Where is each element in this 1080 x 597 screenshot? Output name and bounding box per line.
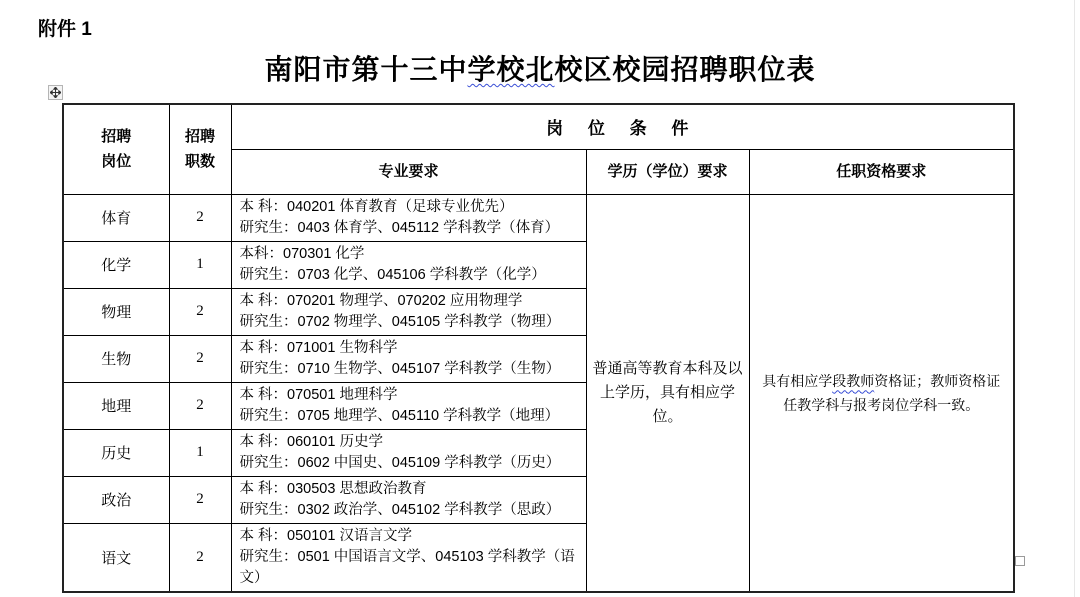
cell-post: 物理: [63, 288, 169, 335]
cell-count: 2: [169, 335, 231, 382]
header-post-line1: 招聘: [64, 124, 169, 149]
major-line2: 研究生：0602 中国史、045109 学科教学（历史）: [240, 453, 578, 474]
title-text-post: 校区校园招聘职位表: [555, 54, 816, 85]
major-line1: 本 科：071001 生物科学: [240, 338, 578, 359]
table-move-handle-icon[interactable]: [48, 85, 63, 100]
move-arrows-icon: [50, 87, 61, 98]
header-count: 招聘 职数: [169, 104, 231, 194]
major-line2: 研究生：0403 体育学、045112 学科教学（体育）: [240, 218, 578, 239]
cell-post: 政治: [63, 476, 169, 523]
cell-count: 2: [169, 476, 231, 523]
cell-qualification-merged: 具有相应学段教师资格证；教师资格证任教学科与报考岗位学科一致。: [749, 194, 1014, 592]
cell-post: 语文: [63, 523, 169, 592]
major-line2: 研究生：0501 中国语言文学、045103 学科教学（语文）: [240, 547, 578, 589]
major-line1: 本 科：070501 地理科学: [240, 385, 578, 406]
recruitment-table: 招聘 岗位 招聘 职数 岗 位 条 件 专业要求 学历（学位）要求 任职资格要求…: [62, 103, 1015, 593]
cell-major: 本 科：030503 思想政治教育 研究生：0302 政治学、045102 学科…: [231, 476, 586, 523]
cell-degree-merged: 普通高等教育本科及以上学历，具有相应学位。: [586, 194, 749, 592]
document-page: 附件 1 南阳市第十三中学校北校区校园招聘职位表 招聘 岗位: [0, 0, 1080, 597]
cell-major: 本 科：050101 汉语言文学 研究生：0501 中国语言文学、045103 …: [231, 523, 586, 592]
cell-major: 本 科：040201 体育教育（足球专业优先） 研究生：0403 体育学、045…: [231, 194, 586, 241]
cell-major: 本 科：070201 物理学、070202 应用物理学 研究生：0702 物理学…: [231, 288, 586, 335]
title-text-spellcheck: 学校北: [467, 54, 554, 85]
cell-post: 化学: [63, 241, 169, 288]
cell-count: 2: [169, 523, 231, 592]
cell-count: 1: [169, 429, 231, 476]
header-qualification: 任职资格要求: [749, 149, 1014, 194]
major-line1: 本 科：070201 物理学、070202 应用物理学: [240, 291, 578, 312]
cell-major: 本 科：060101 历史学 研究生：0602 中国史、045109 学科教学（…: [231, 429, 586, 476]
qualification-pre: 具有相应学: [762, 373, 832, 389]
table-row: 体育 2 本 科：040201 体育教育（足球专业优先） 研究生：0403 体育…: [63, 194, 1014, 241]
cell-post: 历史: [63, 429, 169, 476]
cell-count: 2: [169, 288, 231, 335]
major-line2: 研究生：0703 化学、045106 学科教学（化学）: [240, 265, 578, 286]
major-line1: 本 科：030503 思想政治教育: [240, 479, 578, 500]
major-line2: 研究生：0702 物理学、045105 学科教学（物理）: [240, 312, 578, 333]
major-line2: 研究生：0302 政治学、045102 学科教学（思政）: [240, 500, 578, 521]
qualification-spellcheck: 段教师: [832, 373, 874, 389]
cell-post: 生物: [63, 335, 169, 382]
cell-count: 1: [169, 241, 231, 288]
header-post: 招聘 岗位: [63, 104, 169, 194]
header-conditions: 岗 位 条 件: [231, 104, 1014, 149]
table-header-row-1: 招聘 岗位 招聘 职数 岗 位 条 件: [63, 104, 1014, 149]
cell-count: 2: [169, 382, 231, 429]
title-text-pre: 南阳市第十三中: [264, 54, 467, 85]
cell-post: 地理: [63, 382, 169, 429]
header-count-line1: 招聘: [170, 124, 231, 149]
major-line2: 研究生：0710 生物学、045107 学科教学（生物）: [240, 359, 578, 380]
header-count-line2: 职数: [170, 149, 231, 174]
cell-count: 2: [169, 194, 231, 241]
document-title: 南阳市第十三中学校北校区校园招聘职位表: [0, 48, 1080, 88]
major-line1: 本 科：040201 体育教育（足球专业优先）: [240, 197, 578, 218]
header-post-line2: 岗位: [64, 149, 169, 174]
major-line2: 研究生：0705 地理学、045110 学科教学（地理）: [240, 406, 578, 427]
major-line1: 本 科：050101 汉语言文学: [240, 526, 578, 547]
major-line1: 本 科：060101 历史学: [240, 432, 578, 453]
header-degree: 学历（学位）要求: [586, 149, 749, 194]
major-line1: 本科：070301 化学: [240, 244, 578, 265]
cell-major: 本 科：070501 地理科学 研究生：0705 地理学、045110 学科教学…: [231, 382, 586, 429]
header-major: 专业要求: [231, 149, 586, 194]
cell-post: 体育: [63, 194, 169, 241]
cell-major: 本科：070301 化学 研究生：0703 化学、045106 学科教学（化学）: [231, 241, 586, 288]
attachment-label: 附件 1: [38, 14, 92, 41]
table-resize-handle[interactable]: [1015, 556, 1025, 566]
cell-major: 本 科：071001 生物科学 研究生：0710 生物学、045107 学科教学…: [231, 335, 586, 382]
